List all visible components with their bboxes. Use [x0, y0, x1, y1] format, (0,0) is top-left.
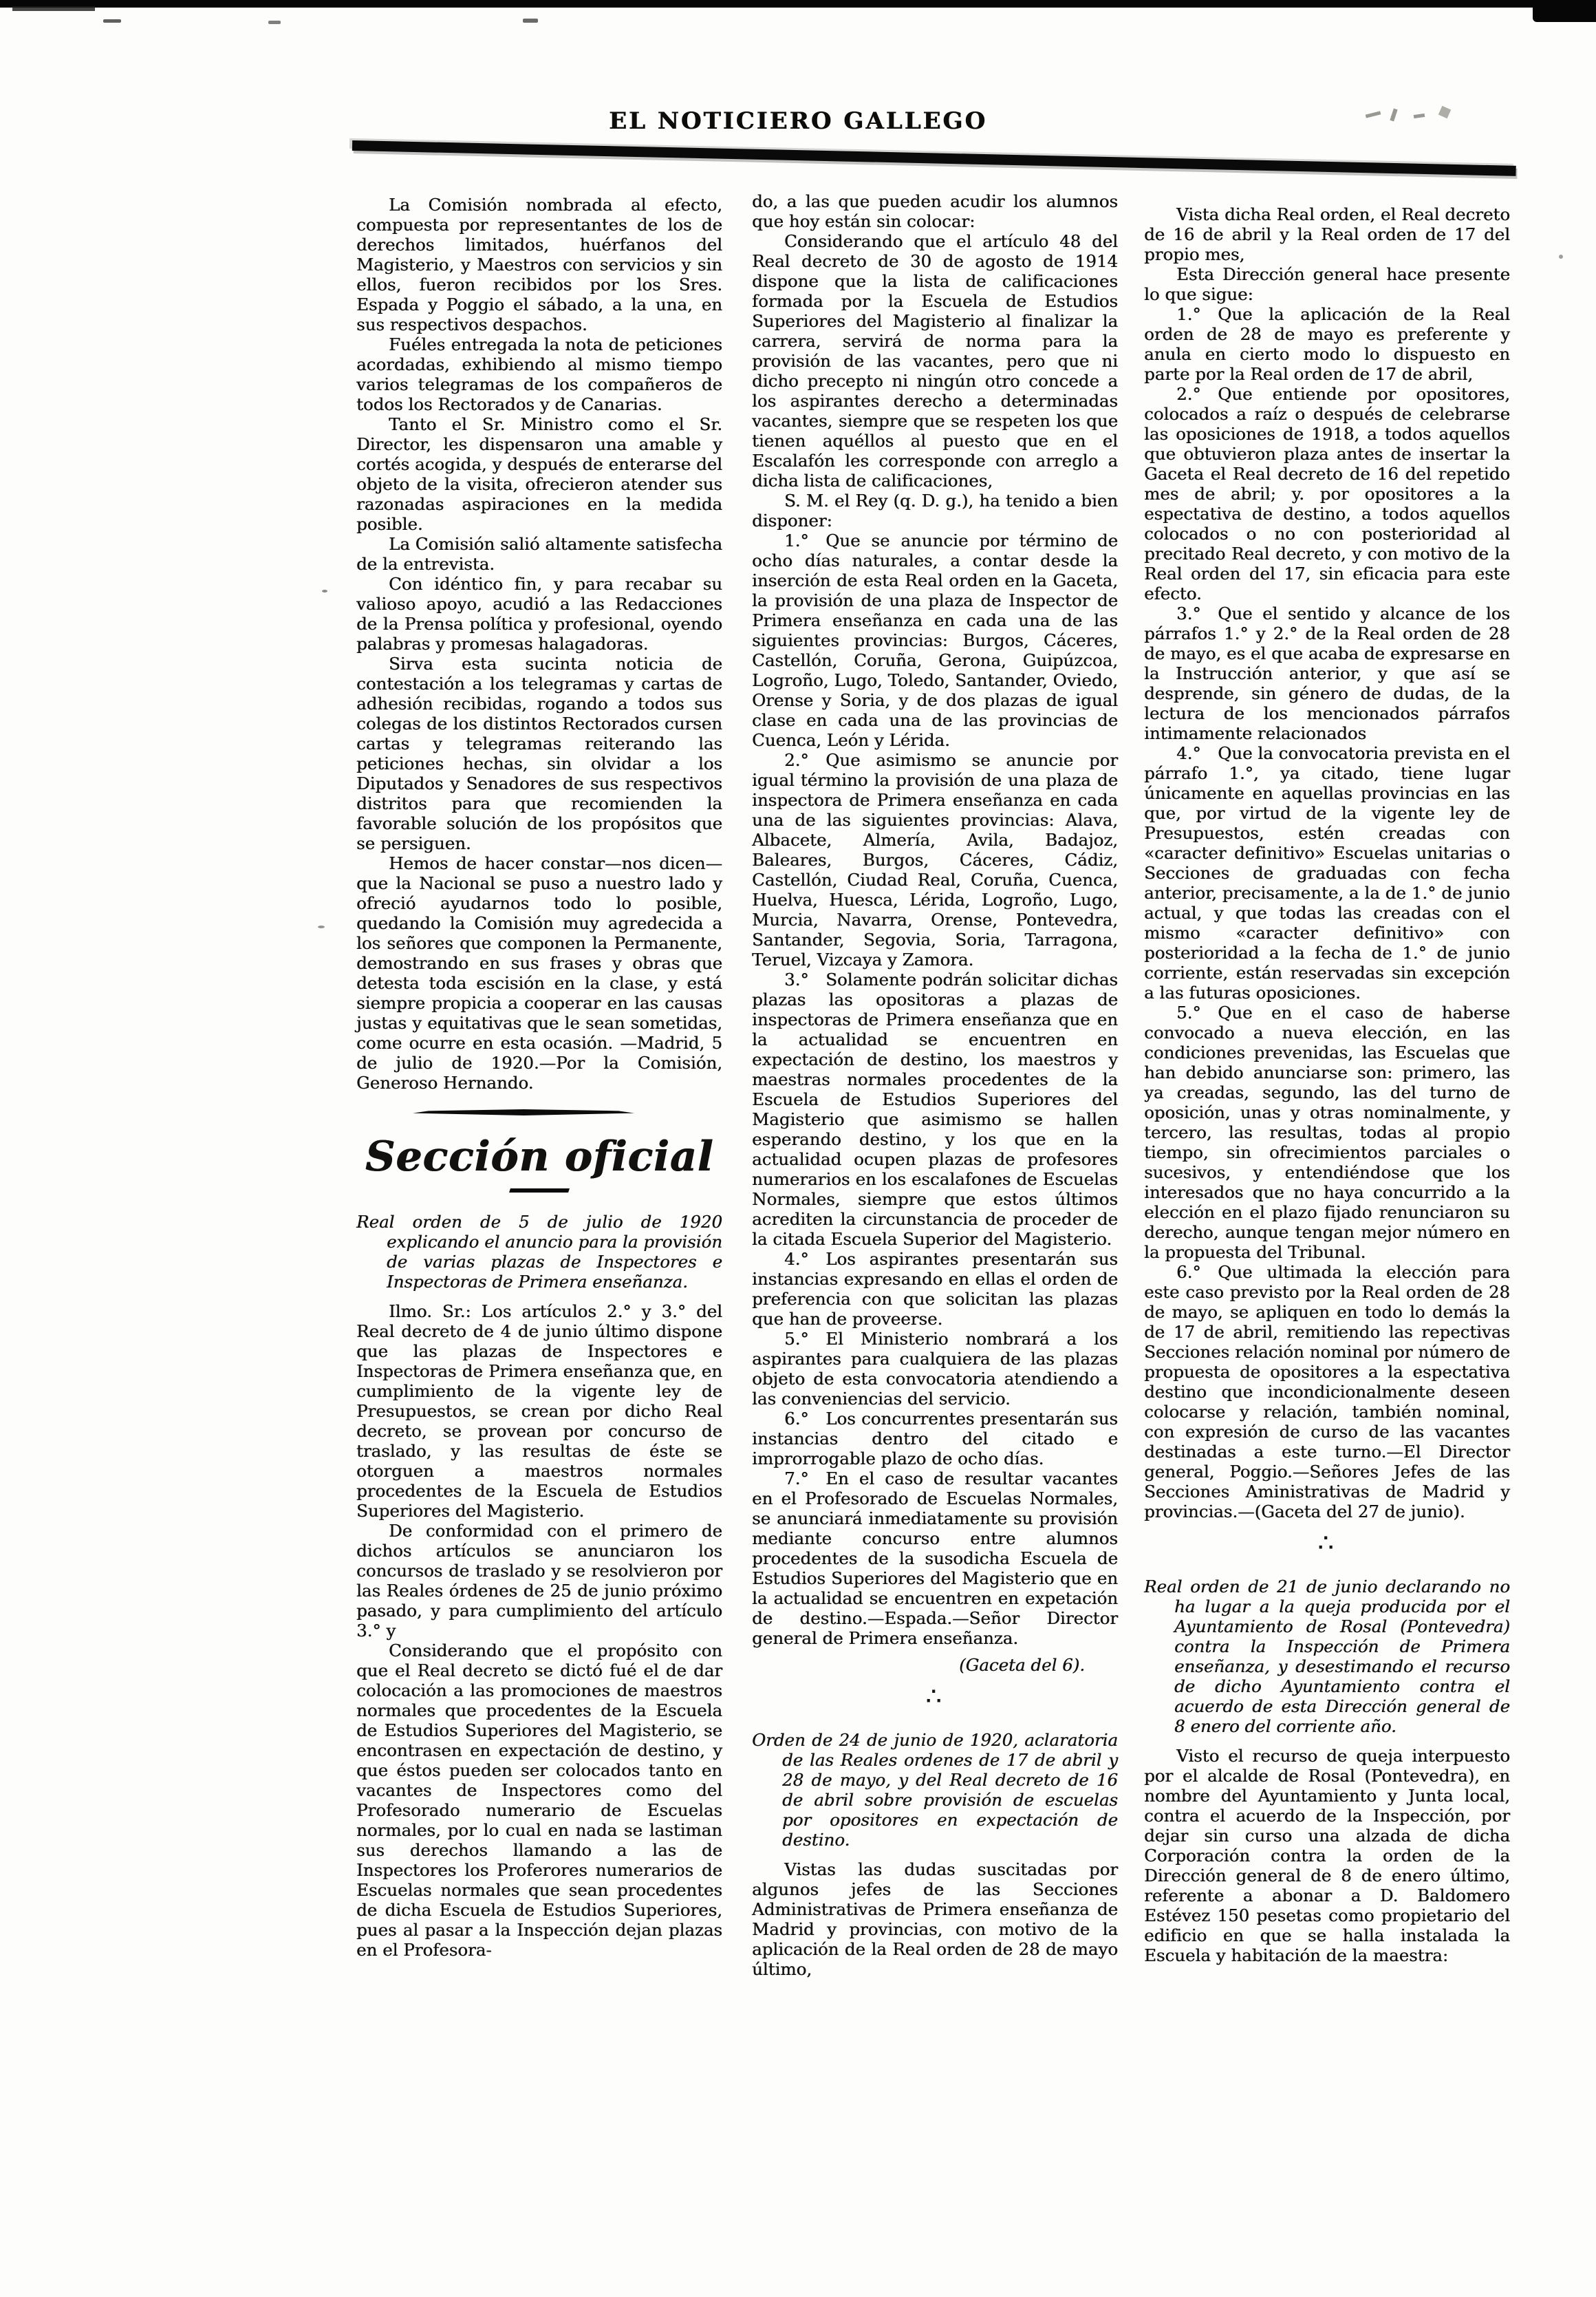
section-heading: Sección oficial	[356, 1132, 722, 1182]
heading-rule	[509, 1188, 570, 1193]
paragraph: Considerando que el propósito con que el…	[356, 1641, 722, 1960]
masthead-title: EL NOTICIERO GALLEGO	[0, 107, 1596, 135]
paragraph: 1.° Que la aplicación de la Real orden d…	[1144, 304, 1510, 384]
scan-speck	[268, 21, 281, 24]
paragraph: La Comisión nombrada al efecto, compuest…	[356, 195, 722, 334]
newspaper-page: EL NOTICIERO GALLEGO La Comisión nombrad…	[0, 0, 1596, 2297]
paragraph: Tanto el Sr. Ministro como el Sr. Direct…	[356, 414, 722, 534]
scan-speck	[1559, 255, 1563, 259]
paragraph: Con idéntico fin, y para recabar su vali…	[356, 574, 722, 654]
paragraph: 6.° Que ultimada la elección para este c…	[1144, 1262, 1510, 1521]
paragraph: 5.° El Ministerio nombrará a los aspiran…	[752, 1329, 1118, 1409]
scan-edge-artifact	[1533, 0, 1596, 22]
scan-edge-artifact	[0, 0, 1596, 8]
column-left: La Comisión nombrada al efecto, compuest…	[356, 195, 722, 1960]
paragraph: Ilmo. Sr.: Los artículos 2.° y 3.° del R…	[356, 1301, 722, 1521]
paragraph: Vista dicha Real orden, el Real decreto …	[1144, 204, 1510, 264]
paragraph: S. M. el Rey (q. D. g.), ha tenido a bie…	[752, 491, 1118, 531]
paragraph: Fuéles entregada la nota de peticiones a…	[356, 334, 722, 414]
masthead-rule	[352, 140, 1516, 176]
corner-smudge	[1366, 105, 1469, 129]
scan-speck	[103, 19, 121, 23]
column-right: Vista dicha Real orden, el Real decreto …	[1144, 204, 1510, 1965]
column-center: do, a las que pueden acudir los alumnos …	[752, 191, 1118, 1979]
paragraph: 2.° Que asimismo se anuncie por igual té…	[752, 750, 1118, 970]
paragraph: 3.° Solamente podrán solicitar dichas pl…	[752, 970, 1118, 1249]
paragraph: 1.° Que se anuncie por término de ocho d…	[752, 531, 1118, 750]
paragraph: Visto el recurso de queja interpuesto po…	[1144, 1746, 1510, 1965]
asterism-ornament: ∴	[1144, 1530, 1510, 1557]
paragraph: 6.° Los concurrentes presentarán sus ins…	[752, 1409, 1118, 1468]
paragraph: Hemos de hacer constar—nos dicen—que la …	[356, 853, 722, 1093]
paragraph: 5.° Que en el caso de haberse convocado …	[1144, 1003, 1510, 1262]
paragraph: Sirva esta sucinta noticia de contestaci…	[356, 654, 722, 853]
order-summary: Real orden de 5 de julio de 1920 explica…	[356, 1212, 722, 1292]
scan-edge-artifact	[12, 6, 95, 11]
gaceta-reference: (Gaceta del 6).	[752, 1655, 1118, 1675]
paragraph: 4.° Los aspirantes presentarán sus insta…	[752, 1249, 1118, 1329]
paragraph: Vistas las dudas suscitadas por algunos …	[752, 1859, 1118, 1979]
asterism-ornament: ∴	[752, 1683, 1118, 1711]
article-divider	[413, 1109, 634, 1115]
paragraph: 4.° Que la convocatoria prevista en el p…	[1144, 743, 1510, 1003]
order-summary: Orden de 24 de junio de 1920, aclaratori…	[752, 1730, 1118, 1850]
scan-speck	[318, 926, 325, 928]
paragraph: do, a las que pueden acudir los alumnos …	[752, 191, 1118, 231]
scan-speck	[523, 19, 538, 23]
paragraph: 3.° Que el sentido y alcance de los párr…	[1144, 603, 1510, 743]
scan-speck	[322, 590, 327, 592]
paragraph: 7.° En el caso de resultar vacantes en e…	[752, 1468, 1118, 1648]
paragraph: 2.° Que entiende por opositores, colocad…	[1144, 384, 1510, 603]
paragraph: Esta Dirección general hace presente lo …	[1144, 264, 1510, 304]
paragraph: La Comisión salió altamente satisfecha d…	[356, 534, 722, 574]
paragraph: Considerando que el artículo 48 del Real…	[752, 231, 1118, 491]
paragraph: De conformidad con el primero de dichos …	[356, 1521, 722, 1641]
order-summary: Real orden de 21 de junio declarando no …	[1144, 1577, 1510, 1736]
